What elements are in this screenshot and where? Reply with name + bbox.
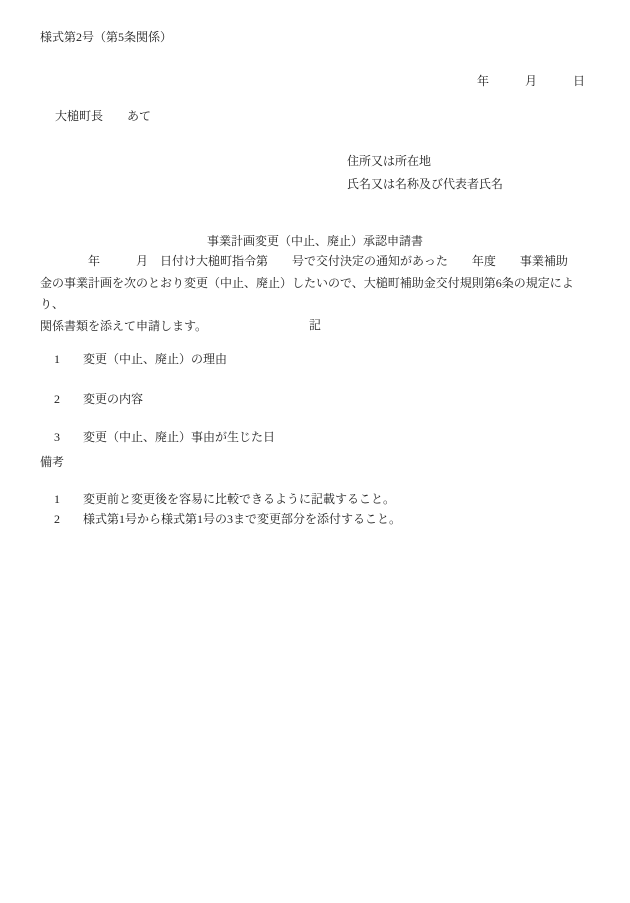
name-representative-label: 氏名又は名称及び代表者氏名 — [347, 177, 503, 191]
note-label: 様式第1号から様式第1号の3まで変更部分を添付すること。 — [83, 512, 401, 526]
address-label: 住所又は所在地 — [347, 154, 431, 168]
document-page: 様式第2号（第5条関係） 年 月 日 大槌町長 あて 住所又は所在地 氏名又は名… — [0, 0, 630, 903]
item-number: 3 — [54, 430, 60, 445]
form-number: 様式第2号（第5条関係） — [40, 30, 172, 44]
date-line: 年 月 日 — [477, 74, 585, 88]
notes-heading: 備考 — [40, 455, 64, 469]
note-number: 2 — [54, 512, 60, 527]
item-number: 1 — [54, 352, 60, 367]
body-line-2: 金の事業計画を次のとおり変更（中止、廃止）したいので、大槌町補助金交付規則第6条… — [40, 273, 590, 316]
body-line-1: 年 月 日付け大槌町指令第 号で交付決定の通知があった 年度 事業補助 — [40, 251, 590, 273]
document-title: 事業計画変更（中止、廃止）承認申請書 — [0, 232, 630, 249]
item-label: 変更の内容 — [83, 392, 143, 406]
item-label: 変更（中止、廃止）の理由 — [83, 352, 227, 366]
record-heading: 記 — [0, 316, 630, 333]
item-change-date: 3変更（中止、廃止）事由が生じた日 — [42, 413, 275, 460]
item-number: 2 — [54, 392, 60, 407]
note-attachment: 2様式第1号から様式第1号の3まで変更部分を添付すること。 — [42, 495, 401, 542]
addressee-line: 大槌町長 あて — [55, 109, 151, 123]
item-label: 変更（中止、廃止）事由が生じた日 — [83, 430, 275, 444]
